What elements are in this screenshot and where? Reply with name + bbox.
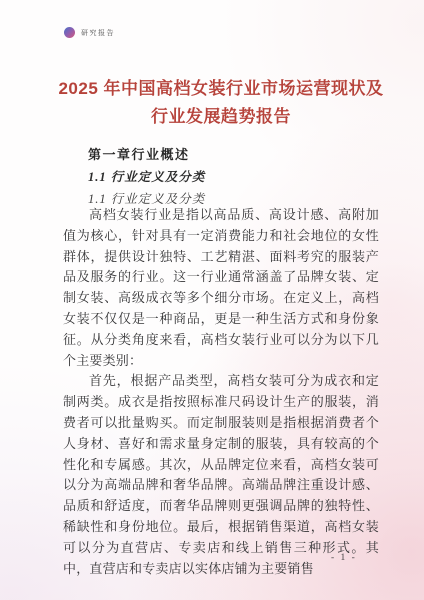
- gradient-dot-icon: [64, 27, 75, 38]
- report-title: 2025 年中国高档女装行业市场运营现状及 行业发展趋势报告: [38, 75, 404, 131]
- chapter-heading: 第一章行业概述: [88, 144, 190, 163]
- page-number: - 1 -: [331, 553, 357, 563]
- report-title-line1: 2025 年中国高档女装行业市场运营现状及: [38, 75, 404, 103]
- paragraph-classification: 首先，根据产品类型，高档女装可分为成衣和定制两类。成衣是指按照标准尺码设计生产的…: [63, 371, 379, 579]
- section-heading-bold: 1.1 行业定义及分类: [88, 167, 205, 185]
- report-page: 研究报告 2025 年中国高档女装行业市场运营现状及 行业发展趋势报告 第一章行…: [0, 0, 424, 600]
- body-text: 高档女装行业是指以高品质、高设计感、高附加值为核心，针对具有一定消费能力和社会地…: [63, 205, 379, 579]
- logo-label: 研究报告: [81, 28, 115, 38]
- paragraph-definition: 高档女装行业是指以高品质、高设计感、高附加值为核心，针对具有一定消费能力和社会地…: [63, 205, 379, 371]
- report-title-line2: 行业发展趋势报告: [38, 103, 404, 131]
- report-logo: 研究报告: [64, 27, 115, 38]
